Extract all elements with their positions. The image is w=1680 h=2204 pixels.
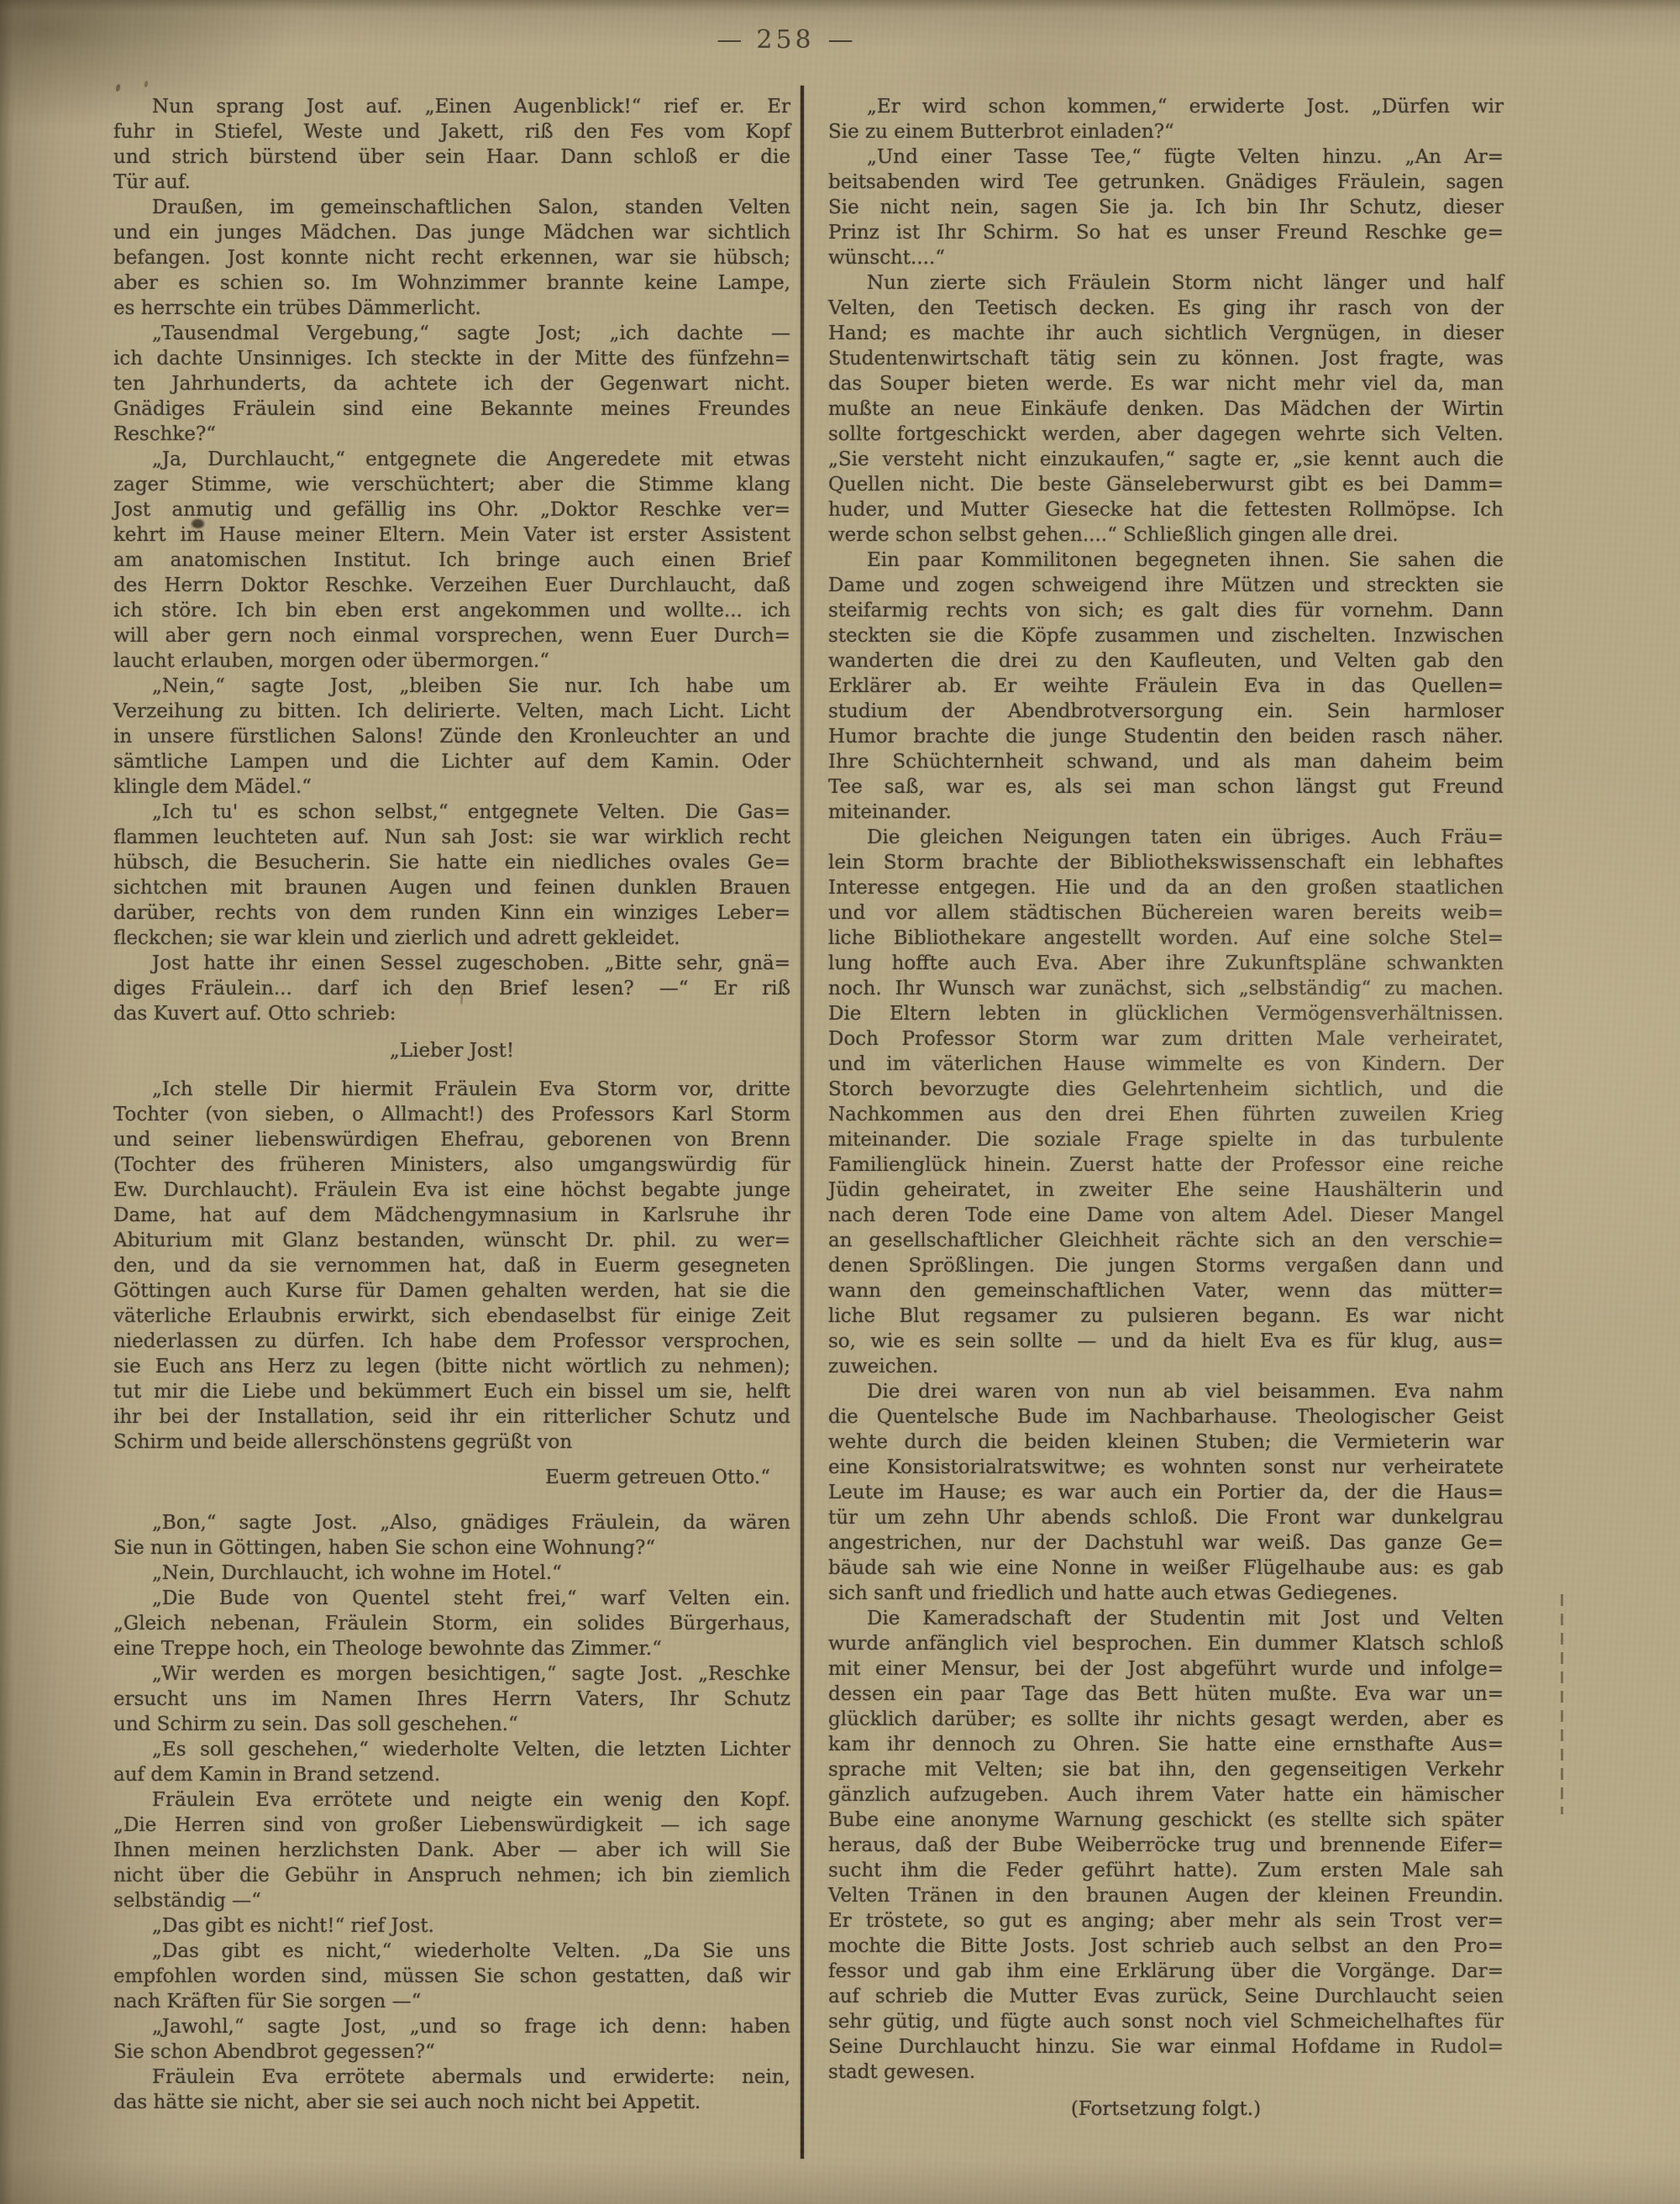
text-line: sucht ihm die Feder geführt hatte). Zum … xyxy=(828,1858,1504,1883)
text-line: an gesellschaftlicher Gleichheit rächte … xyxy=(828,1228,1504,1253)
page-number: 258 xyxy=(756,25,814,55)
text-line: Humor brachte die junge Studentin den be… xyxy=(828,724,1504,749)
text-line: Fräulein Eva errötete abermals und erwid… xyxy=(113,2065,790,2090)
text-line: steifarmig rechts von sich; es galt dies… xyxy=(828,598,1504,623)
text-line: wurde anfänglich viel besprochen. Ein du… xyxy=(828,1631,1504,1656)
text-line: kehrt im Hause meiner Eltern. Mein Vater… xyxy=(113,522,790,548)
text-line: „Es soll geschehen,“ wiederholte Velten,… xyxy=(113,1737,790,1762)
text-line: mit einer Mensur, bei der Jost abgeführt… xyxy=(828,1656,1504,1682)
text-line: Die gleichen Neigungen taten ein übriges… xyxy=(828,825,1504,850)
text-line: in unsere fürstlichen Salons! Zünde den … xyxy=(113,724,790,749)
scanned-page: —258— Nun sprang Jost auf. „Einen Augenb… xyxy=(0,0,1680,2204)
text-line: und im väterlichen Hause wimmelte es von… xyxy=(828,1052,1504,1077)
text-line: liche Bibliothekare angestellt worden. A… xyxy=(828,926,1504,951)
text-line: Prinz ist Ihr Schirm. So hat es unser Fr… xyxy=(828,220,1504,245)
header-dash-right: — xyxy=(828,25,854,55)
page-header: —258— xyxy=(0,25,1571,55)
text-line: „Nein, Durchlaucht, ich wohne im Hotel.“ xyxy=(113,1561,790,1586)
text-line: väterliche Erlaubnis erwirkt, sich ebend… xyxy=(113,1304,790,1329)
column-divider-rule xyxy=(801,86,804,2159)
text-line: „Die Herren sind von großer Liebenswürdi… xyxy=(113,1813,790,1838)
text-line: Göttingen auch Kurse für Damen gehalten … xyxy=(113,1278,790,1304)
text-line: glücklich darüber; es sollte ihr nichts … xyxy=(828,1707,1504,1732)
text-line: Ew. Durchlaucht). Fräulein Eva ist eine … xyxy=(113,1178,790,1203)
text-line: „Wir werden es morgen besichtigen,“ sagt… xyxy=(113,1661,790,1687)
text-line: Interesse entgegen. Hie und da an den gr… xyxy=(828,875,1504,900)
text-line: Dame, hat auf dem Mädchengymnasium in Ka… xyxy=(113,1203,790,1228)
text-line: Die Kameradschaft der Studentin mit Jost… xyxy=(828,1606,1504,1631)
text-line: „Ja, Durchlaucht,“ entgegnete die Angere… xyxy=(113,447,790,472)
text-line: Fräulein Eva errötete und neigte ein wen… xyxy=(113,1787,790,1813)
text-line: denen Sprößlingen. Die jungen Storms ver… xyxy=(828,1253,1504,1278)
text-line: Sie schon Abendbrot gegessen?“ xyxy=(113,2039,790,2065)
text-line: „Gleich nebenan, Fräulein Storm, ein sol… xyxy=(113,1611,790,1636)
text-line: „Das gibt es nicht,“ wiederholte Velten.… xyxy=(113,1939,790,1964)
text-line: hübsch, die Besucherin. Sie hatte ein ni… xyxy=(113,850,790,875)
text-line: sichtchen mit braunen Augen und feinen d… xyxy=(113,875,790,900)
text-line: Leute im Hause; es war auch ein Portier … xyxy=(828,1480,1504,1505)
text-line: steckten sie die Köpfe zusammen und zisc… xyxy=(828,623,1504,648)
text-line: das Kuvert auf. Otto schrieb: xyxy=(113,1001,790,1026)
text-line: Jüdin geheiratet, in zweiter Ehe seine H… xyxy=(828,1178,1504,1203)
text-line: sie Euch ans Herz zu legen (bitte nicht … xyxy=(113,1354,790,1379)
text-line: ersucht uns im Namen Ihres Herrn Vaters,… xyxy=(113,1687,790,1712)
text-line: studium der Abendbrotversorgung ein. Sei… xyxy=(828,699,1504,724)
text-line: „Sie versteht nicht einzukaufen,“ sagte … xyxy=(828,447,1504,472)
text-line: zuweichen. xyxy=(828,1354,1504,1379)
text-line: „Die Bude von Quentel steht frei,“ warf … xyxy=(113,1586,790,1611)
ink-speck xyxy=(115,84,121,92)
text-line: dessen ein paar Tage das Bett hüten mußt… xyxy=(828,1682,1504,1707)
text-line: Tochter (von sieben, o Allmacht!) des Pr… xyxy=(113,1102,790,1127)
text-line: Abiturium mit Glanz bestanden, wünscht D… xyxy=(113,1228,790,1253)
text-line: Nachkommen aus den drei Ehen führten zuw… xyxy=(828,1102,1504,1127)
text-line: Jost anmutig und gefällig ins Ohr. „Dokt… xyxy=(113,497,790,522)
text-line: stadt gewesen. xyxy=(828,2060,1504,2085)
text-line: darüber, rechts von dem runden Kinn ein … xyxy=(113,900,790,926)
text-line: zager Stimme, wie verschüchtert; aber di… xyxy=(113,472,790,497)
text-line: sämtliche Lampen und die Lichter auf dem… xyxy=(113,749,790,774)
text-line: lein Storm brachte der Bibliothekswissen… xyxy=(828,850,1504,875)
text-line: Dame und zogen schweigend ihre Mützen un… xyxy=(828,573,1504,598)
text-line: und seiner liebenswürdigen Ehefrau, gebo… xyxy=(113,1127,790,1152)
text-line: auf schrieb die Mutter Evas zurück, Sein… xyxy=(828,1984,1504,2009)
text-line: Sie nun in Göttingen, haben Sie schon ei… xyxy=(113,1535,790,1561)
text-line: und vor allem städtischen Büchereien war… xyxy=(828,900,1504,926)
text-line: aber es schien so. Im Wohnzimmer brannte… xyxy=(113,270,790,296)
text-line: Nun zierte sich Fräulein Storm nicht län… xyxy=(828,270,1504,296)
text-line: „Er wird schon kommen,“ erwiderte Jost. … xyxy=(828,94,1504,119)
text-line: „Tausendmal Vergebung,“ sagte Jost; „ich… xyxy=(113,321,790,346)
text-line: „Und einer Tasse Tee,“ fügte Velten hinz… xyxy=(828,144,1504,170)
text-line: ich störe. Ich bin eben erst angekommen … xyxy=(113,598,790,623)
text-line: ihr bei der Installation, seid ihr ein r… xyxy=(113,1404,790,1430)
text-line: so, wie es sein sollte — und da hielt Ev… xyxy=(828,1329,1504,1354)
text-line: sich sanft und friedlich und hatte auch … xyxy=(828,1581,1504,1606)
header-dash-left: — xyxy=(717,25,743,55)
text-line: heraus, daß der Bube Weiberröcke trug un… xyxy=(828,1833,1504,1858)
text-line: fessor und gab ihm eine Erklärung über d… xyxy=(828,1959,1504,1984)
text-line: tür um zehn Uhr abends schloß. Die Front… xyxy=(828,1505,1504,1530)
text-line: Verzeihung zu bitten. Ich delirierte. Ve… xyxy=(113,699,790,724)
text-line: sollte fortgeschickt werden, aber dagege… xyxy=(828,422,1504,447)
text-line: niederlassen zu dürfen. Ich habe dem Pro… xyxy=(113,1329,790,1354)
text-line: Jost hatte ihr einen Sessel zugeschoben.… xyxy=(113,951,790,976)
text-line: befangen. Jost konnte nicht recht erkenn… xyxy=(113,245,790,270)
text-line: „Lieber Jost! xyxy=(113,1038,790,1063)
text-line: das hätte sie nicht, aber sie sei auch n… xyxy=(113,2090,790,2115)
text-line: sehr gütig, und fügte auch sonst noch vi… xyxy=(828,2009,1504,2034)
text-line: und ein junges Mädchen. Das junge Mädche… xyxy=(113,220,790,245)
text-line: Tür auf. xyxy=(113,170,790,195)
text-line: den, und da sie vernommen hat, daß in Eu… xyxy=(113,1253,790,1278)
text-line: Gnädiges Fräulein sind eine Bekannte mei… xyxy=(113,396,790,422)
text-line: ich dachte Unsinniges. Ich steckte in de… xyxy=(113,346,790,371)
text-line: mußte an neue Einkäufe denken. Das Mädch… xyxy=(828,396,1504,422)
text-line: „Nein,“ sagte Jost, „bleiben Sie nur. Ic… xyxy=(113,674,790,699)
text-line: (Tochter des früheren Ministers, also um… xyxy=(113,1152,790,1178)
text-line: Ihre Schüchternheit schwand, und als man… xyxy=(828,749,1504,774)
text-line: werde schon selbst gehen....“ Schließlic… xyxy=(828,522,1504,548)
text-line: gänzlich aufzugeben. Auch ihrem Vater ha… xyxy=(828,1782,1504,1808)
text-line: Tee saß, war es, als sei man schon längs… xyxy=(828,774,1504,800)
text-line: am anatomischen Institut. Ich bringe auc… xyxy=(113,548,790,573)
text-line: ten Jahrhunderts, da achtete ich der Geg… xyxy=(113,371,790,396)
text-line: Familienglück hinein. Zuerst hatte der P… xyxy=(828,1152,1504,1178)
text-line: fleckchen; sie war klein und zierlich un… xyxy=(113,926,790,951)
text-line: nach deren Tode eine Dame von altem Adel… xyxy=(828,1203,1504,1228)
text-line: Velten, den Teetisch decken. Es ging ihr… xyxy=(828,296,1504,321)
text-line: Die Eltern lebten in glücklichen Vermöge… xyxy=(828,1001,1504,1026)
text-line: Studentenwirtschaft tätig sein zu können… xyxy=(828,346,1504,371)
text-line: nicht über die Gebühr in Anspruch nehmen… xyxy=(113,1863,790,1888)
text-line: Hand; es machte ihr auch sichtlich Vergn… xyxy=(828,321,1504,346)
ink-speck xyxy=(144,81,148,88)
text-line: Euerm getreuen Otto.“ xyxy=(113,1465,790,1490)
text-line: flammen leuchteten auf. Nun sah Jost: si… xyxy=(113,825,790,850)
text-line: es herrschte ein trübes Dämmerlicht. xyxy=(113,296,790,321)
text-line: Draußen, im gemeinschaftlichen Salon, st… xyxy=(113,195,790,220)
text-line: Ihnen meinen herzlichsten Dank. Aber — a… xyxy=(113,1838,790,1863)
text-line: und strich bürstend über sein Haar. Dann… xyxy=(113,144,790,170)
text-line: angestrichen, nur der Dachstuhl war weiß… xyxy=(828,1530,1504,1556)
text-line: bäude sah wie eine Nonne in weißer Flüge… xyxy=(828,1556,1504,1581)
text-line: auf dem Kamin in Brand setzend. xyxy=(113,1762,790,1787)
text-line: Nun sprang Jost auf. „Einen Augenblick!“… xyxy=(113,94,790,119)
text-line: „Jawohl,“ sagte Jost, „und so frage ich … xyxy=(113,2014,790,2039)
text-line: will aber gern noch einmal vorsprechen, … xyxy=(113,623,790,648)
text-line: Ein paar Kommilitonen begegneten ihnen. … xyxy=(828,548,1504,573)
text-line: „Ich stelle Dir hiermit Fräulein Eva Sto… xyxy=(113,1077,790,1102)
text-line: miteinander. xyxy=(828,800,1504,825)
text-line: fuhr in Stiefel, Weste und Jakett, riß d… xyxy=(113,119,790,144)
text-line: wehte durch die beiden kleinen Stuben; d… xyxy=(828,1430,1504,1455)
text-line: mochte die Bitte Josts. Jost schrieb auc… xyxy=(828,1934,1504,1959)
text-line: huder, und Mutter Giesecke hat die fette… xyxy=(828,497,1504,522)
page-edge-line xyxy=(1561,1594,1563,1814)
text-line: Velten Tränen in den braunen Augen der k… xyxy=(828,1883,1504,1908)
text-line: eine Konsistorialratswitwe; es wohnten s… xyxy=(828,1455,1504,1480)
text-line: und Schirm zu sein. Das soll geschehen.“ xyxy=(113,1712,790,1737)
text-line: miteinander. Die soziale Frage spielte i… xyxy=(828,1127,1504,1152)
text-line: „Das gibt es nicht!“ rief Jost. xyxy=(113,1913,790,1939)
text-line: Schirm und beide allerschönstens gegrüßt… xyxy=(113,1430,790,1455)
text-line: wanderten die drei zu den Kaufleuten, un… xyxy=(828,648,1504,674)
text-line: das Souper bieten werde. Es war nicht me… xyxy=(828,371,1504,396)
text-line: beitsabenden wird Tee getrunken. Gnädige… xyxy=(828,170,1504,195)
text-line: „Bon,“ sagte Jost. „Also, gnädiges Fräul… xyxy=(113,1510,790,1535)
text-line: tut mir die Liebe und bekümmert Euch ein… xyxy=(113,1379,790,1404)
text-line: Erklärer ab. Er weihte Fräulein Eva in d… xyxy=(828,674,1504,699)
text-line: Quellen nicht. Die beste Gänseleberwurst… xyxy=(828,472,1504,497)
text-line: nach Kräften für Sie sorgen —“ xyxy=(113,1989,790,2014)
text-line: des Herrn Doktor Reschke. Verzeihen Euer… xyxy=(113,573,790,598)
text-line: wünscht....“ xyxy=(828,245,1504,270)
text-line: sprache mit Velten; sie bat ihn, den geg… xyxy=(828,1757,1504,1782)
text-column-left: Nun sprang Jost auf. „Einen Augenblick!“… xyxy=(113,94,790,2115)
text-column-right: „Er wird schon kommen,“ erwiderte Jost. … xyxy=(828,94,1504,2122)
text-line: diges Fräulein... darf ich den Brief les… xyxy=(113,976,790,1001)
text-line: Die drei waren von nun ab viel beisammen… xyxy=(828,1379,1504,1404)
text-line: Reschke?“ xyxy=(113,422,790,447)
text-line: „Ich tu' es schon selbst,“ entgegnete Ve… xyxy=(113,800,790,825)
text-line: empfohlen worden sind, müssen Sie schon … xyxy=(113,1964,790,1989)
text-line: Er tröstete, so gut es anging; aber mehr… xyxy=(828,1908,1504,1934)
text-line: lung hoffte auch Eva. Aber ihre Zukunfts… xyxy=(828,951,1504,976)
text-line: selbständig —“ xyxy=(113,1888,790,1913)
text-line: kam ihr dennoch zu Ohren. Sie hatte eine… xyxy=(828,1732,1504,1757)
text-line: Bube eine anonyme Warnung geschickt (es … xyxy=(828,1808,1504,1833)
text-line: laucht erlauben, morgen oder übermorgen.… xyxy=(113,648,790,674)
text-line: die Quentelsche Bude im Nachbarhause. Th… xyxy=(828,1404,1504,1430)
text-line: noch. Ihr Wunsch war zunächst, sich „sel… xyxy=(828,976,1504,1001)
text-line: klingle dem Mädel.“ xyxy=(113,774,790,800)
text-line: Sie nicht nein, sagen Sie ja. Ich bin Ih… xyxy=(828,195,1504,220)
text-line: Sie zu einem Butterbrot einladen?“ xyxy=(828,119,1504,144)
text-line: Doch Professor Storm war zum dritten Mal… xyxy=(828,1026,1504,1052)
text-line: eine Treppe hoch, ein Theologe bewohnte … xyxy=(113,1636,790,1661)
text-line: liche Blut regsamer zu pulsieren begann.… xyxy=(828,1304,1504,1329)
text-line: (Fortsetzung folgt.) xyxy=(828,2096,1504,2122)
text-line: Storch bevorzugte dies Gelehrtenheim sic… xyxy=(828,1077,1504,1102)
text-line: Seine Durchlaucht hinzu. Sie war einmal … xyxy=(828,2034,1504,2060)
text-line: wann den gemeinschaftlichen Vater, wenn … xyxy=(828,1278,1504,1304)
